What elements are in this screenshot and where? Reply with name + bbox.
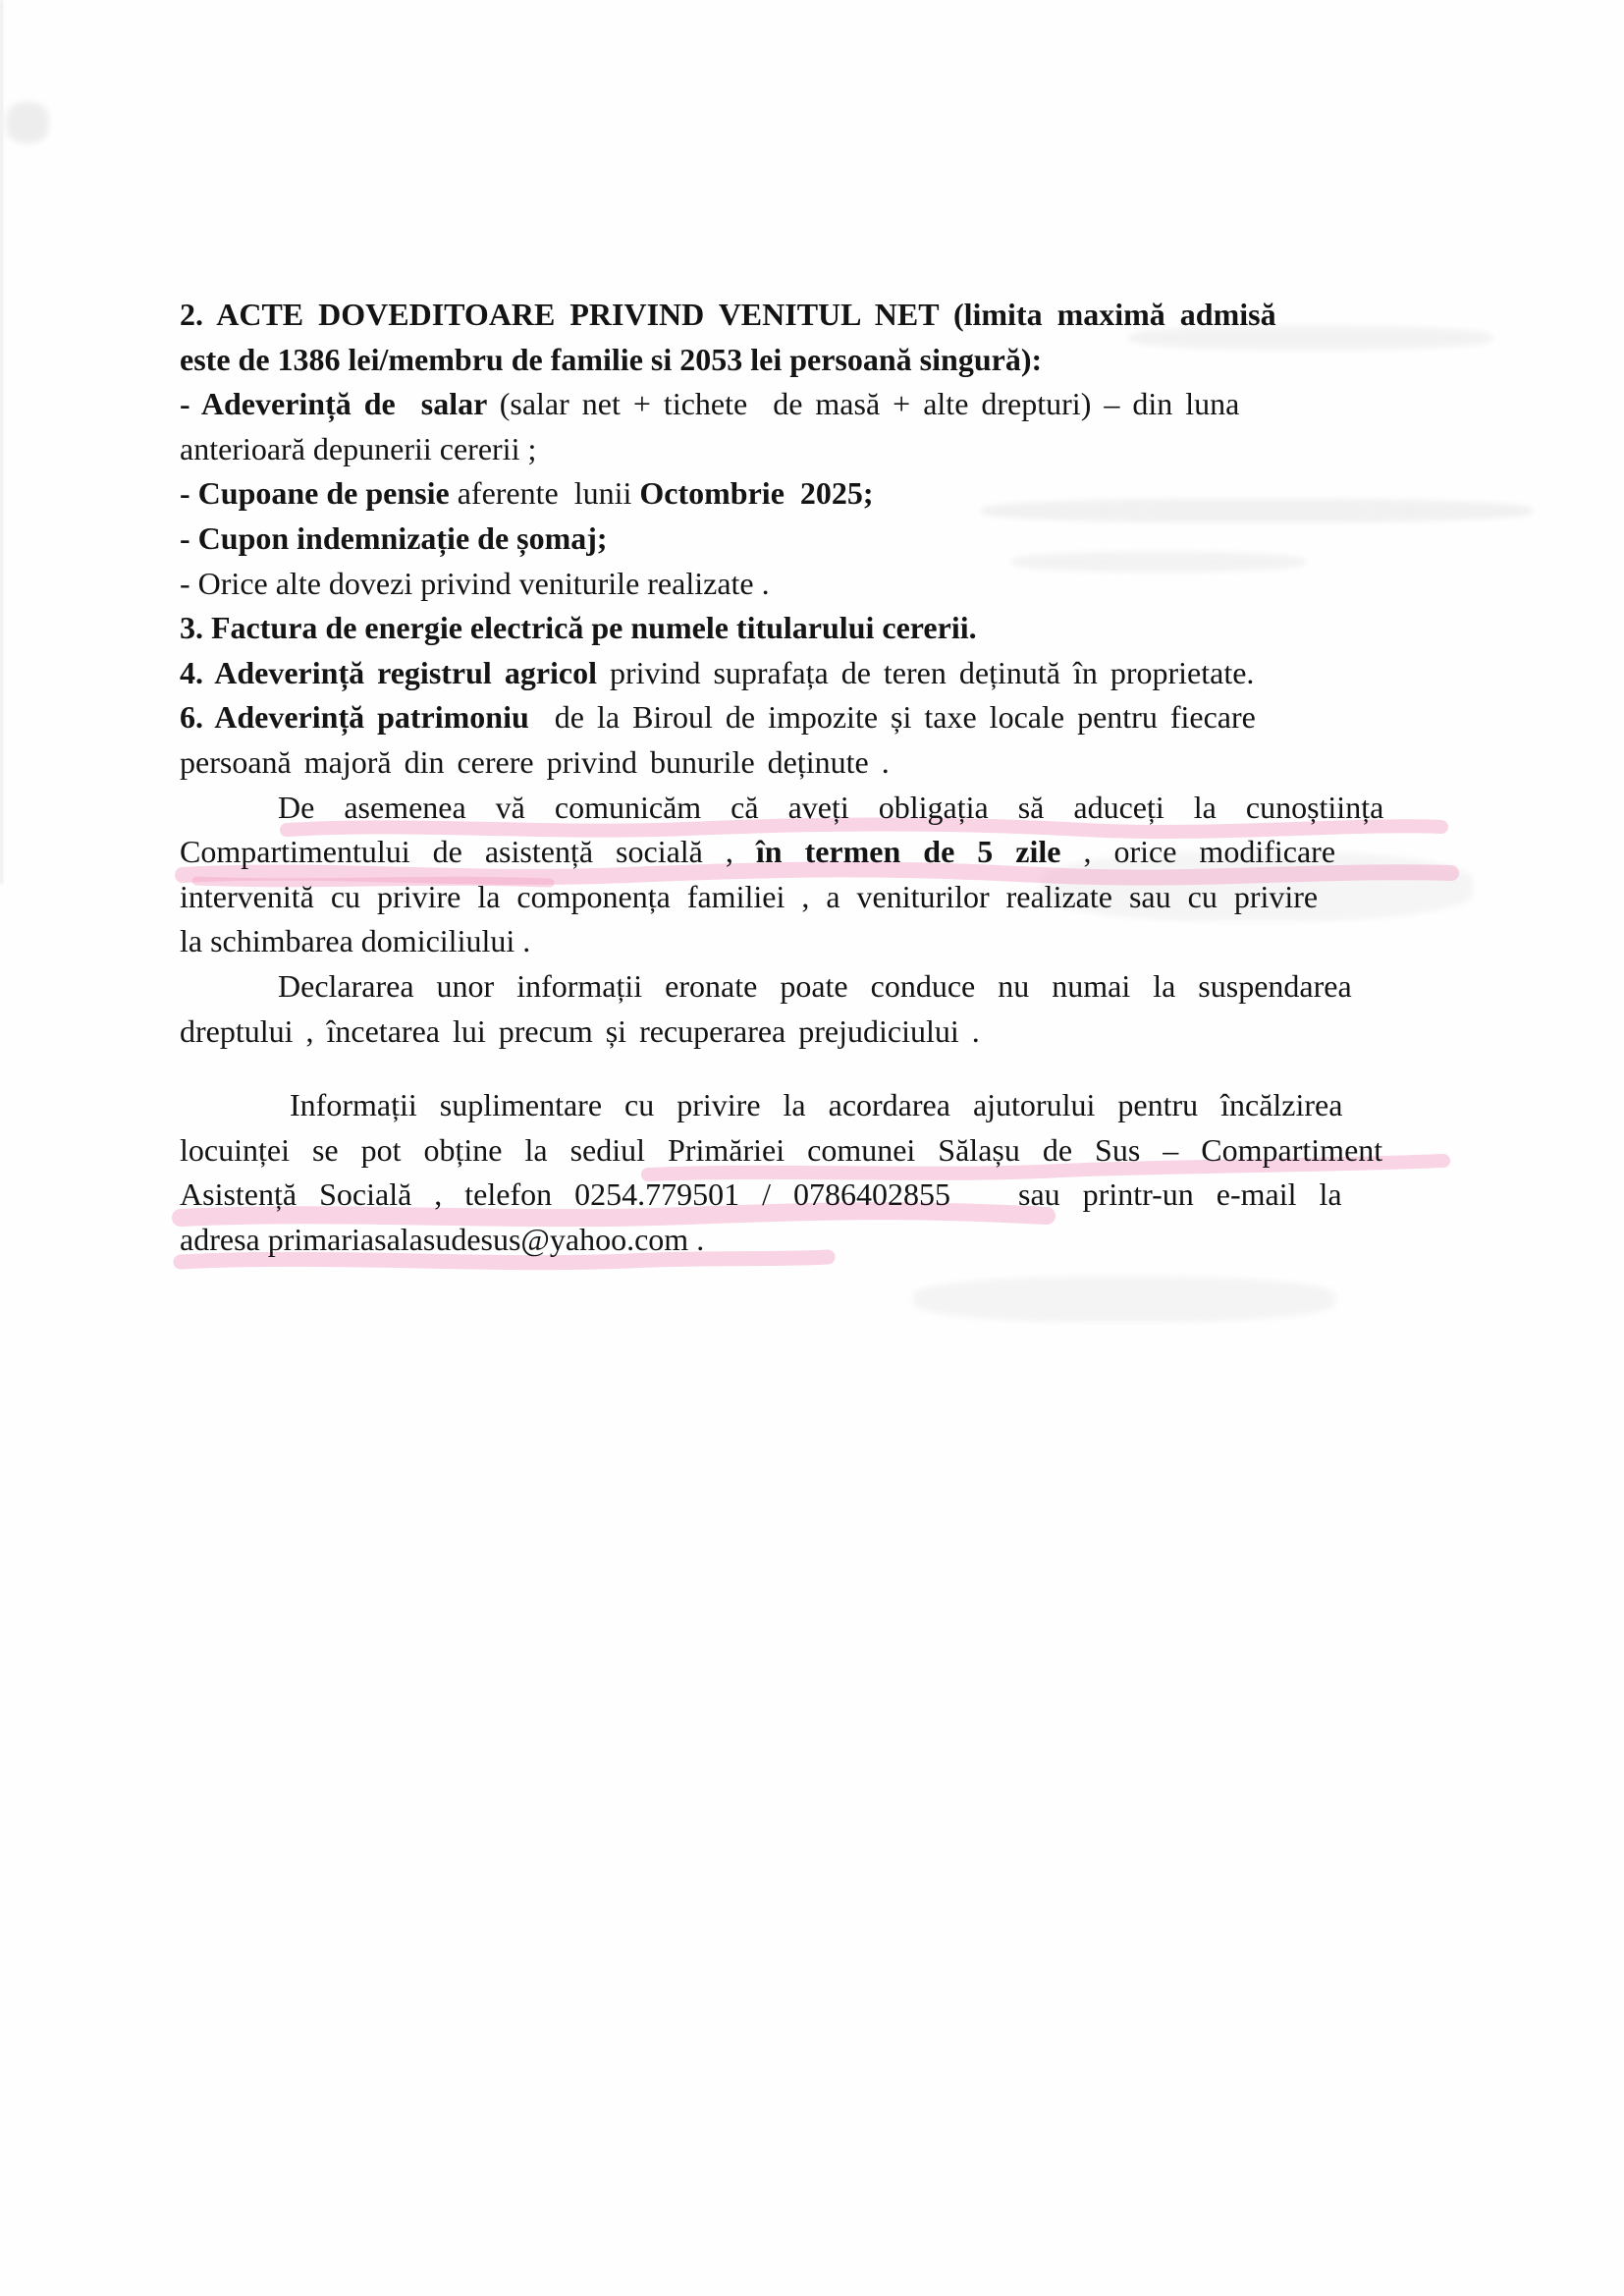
doc-line-paragraph: Declararea unor informații eronate poate… [180,964,1452,1010]
doc-line-contact: locuinței se pot obține la sediul Primăr… [180,1128,1452,1174]
doc-line-list-item: 6. Adeverință patrimoniu de la Biroul de… [180,695,1452,740]
text-segment: în termen de 5 zile [756,834,1084,869]
text-segment: Compartimentului de asistență socială , [180,834,756,869]
text-segment: persoană majoră din cerere privind bunur… [180,744,890,780]
text-segment: Asistență Socială , telefon 0254.779501 … [180,1176,1342,1212]
document-text: 2. ACTE DOVEDITOARE PRIVIND VENITUL NET … [180,293,1452,1262]
doc-line-paragraph: De asemenea vă comunicăm că aveți obliga… [180,786,1452,831]
text-segment: locuinței se pot obține la sediul Primăr… [180,1132,1382,1168]
text-segment: anterioară depunerii cererii ; [180,431,536,466]
text-segment: (salar net + tichete de masă + alte drep… [500,386,1240,421]
text-segment: privind suprafața de teren deținută în p… [610,655,1254,690]
text-segment: 6. Adeverință patrimoniu [180,699,542,735]
text-segment: Declararea unor informații eronate poate… [278,968,1352,1004]
text-segment: de la Biroul de impozite și taxe locale … [542,699,1256,735]
text-segment: dreptului , încetarea lui precum și recu… [180,1013,980,1049]
doc-line-paragraph: dreptului , încetarea lui precum și recu… [180,1010,1452,1055]
text-segment: Octombrie 2025; [639,475,873,511]
doc-line-paragraph: la schimbarea domiciliului . [180,919,1452,964]
doc-line-list-item: - Orice alte dovezi privind veniturile r… [180,562,1452,607]
scan-edge-shadow [0,0,3,884]
text-segment: 2. ACTE DOVEDITOARE PRIVIND VENITUL NET … [180,297,1276,332]
scan-artifact [913,1277,1335,1322]
doc-line-list-item: 3. Factura de energie electrică pe numel… [180,606,1452,651]
doc-line-contact: Informații suplimentare cu privire la ac… [180,1083,1452,1128]
doc-line-paragraph: intervenită cu privire la componența fam… [180,875,1452,920]
doc-line-list-item: persoană majoră din cerere privind bunur… [180,740,1452,786]
doc-line-heading: este de 1386 lei/membru de familie si 20… [180,338,1452,383]
doc-line-list-item: - Cupoane de pensie aferente lunii Octom… [180,471,1452,517]
doc-line-paragraph: Compartimentului de asistență socială , … [180,830,1452,875]
doc-line-list-item: - Adeverință de salar (salar net + tiche… [180,382,1452,427]
text-segment: - Orice alte dovezi privind veniturile r… [180,566,770,601]
text-segment: De asemenea vă comunicăm că aveți obliga… [278,790,1383,825]
doc-line-contact-email: adresa primariasalasudesus@yahoo.com . [180,1218,1452,1263]
text-segment: - Cupon indemnizație de șomaj; [180,520,608,556]
doc-line-list-item: anterioară depunerii cererii ; [180,427,1452,472]
text-segment: este de 1386 lei/membru de familie si 20… [180,342,1042,377]
doc-line-heading: 2. ACTE DOVEDITOARE PRIVIND VENITUL NET … [180,293,1452,338]
text-segment: aferente lunii [458,475,640,511]
text-segment: adresa primariasalasudesus@yahoo.com . [180,1222,704,1257]
doc-line-list-item: 4. Adeverință registrul agricol privind … [180,651,1452,696]
text-segment: 3. Factura de energie electrică pe numel… [180,610,977,645]
text-segment: 4. Adeverință registrul agricol [180,655,610,690]
scan-artifact [6,102,49,143]
text-segment: intervenită cu privire la componența fam… [180,879,1318,914]
text-segment: la schimbarea domiciliului . [180,923,530,958]
text-segment: - Adeverință de salar [180,386,500,421]
text-segment: , orice modificare [1083,834,1335,869]
doc-line-list-item: - Cupon indemnizație de șomaj; [180,517,1452,562]
scanned-document-page: 2. ACTE DOVEDITOARE PRIVIND VENITUL NET … [0,0,1624,2296]
text-segment: - Cupoane de pensie [180,475,458,511]
text-segment: Informații suplimentare cu privire la ac… [290,1087,1342,1122]
doc-line-contact-phone: Asistență Socială , telefon 0254.779501 … [180,1173,1452,1218]
